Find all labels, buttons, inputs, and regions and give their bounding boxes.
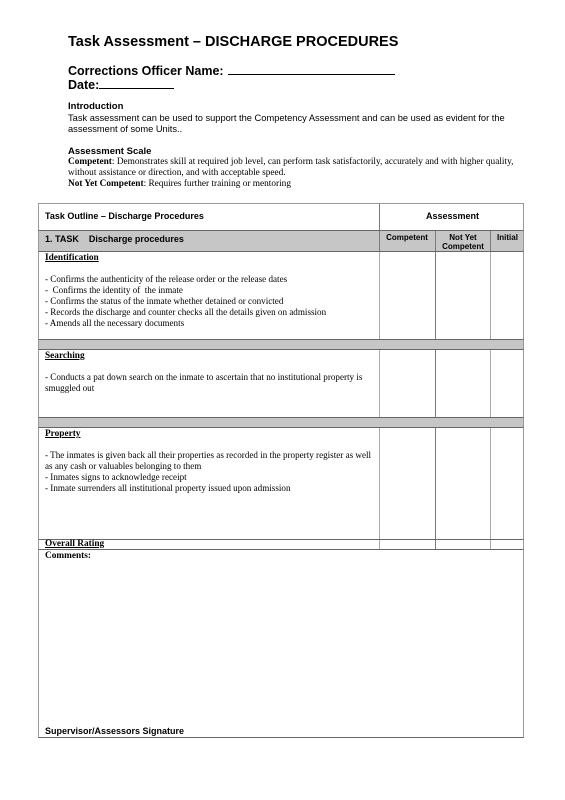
competent-definition: Competent: Demonstrates skill at require… (68, 157, 518, 179)
overall-rating-row: Overall Rating (38, 539, 524, 550)
overall-rating-label: Overall Rating (45, 539, 104, 549)
list-item: - Confirms the identity of the inmate (45, 285, 375, 296)
list-item: - Confirms the status of the inmate whet… (45, 296, 375, 307)
overall-initial-cell[interactable] (491, 540, 524, 549)
list-item: - Records the discharge and counter chec… (45, 307, 375, 318)
introduction-text: Task assessment can be used to support t… (68, 113, 508, 135)
identification-items: - Confirms the authenticity of the relea… (45, 274, 375, 329)
section-divider-band (38, 339, 524, 350)
task-label: 1. TASK Discharge procedures (45, 234, 184, 244)
date-field: Date: (68, 77, 174, 92)
list-item: - Inmate surrenders all institutional pr… (45, 483, 375, 494)
list-item: - The inmates is given back all their pr… (45, 450, 375, 472)
list-item: - Conducts a pat down search on the inma… (45, 372, 375, 394)
list-item: - Amends all the necessary documents (45, 318, 375, 329)
section-divider-band (38, 417, 524, 428)
competent-definition-text: : Demonstrates skill at required job lev… (68, 157, 513, 178)
overall-not-yet-competent-cell[interactable] (436, 540, 490, 549)
assessment-scale-text: Competent: Demonstrates skill at require… (68, 157, 518, 190)
competent-cell[interactable] (380, 252, 435, 339)
list-item: - Inmates signs to acknowledge receipt (45, 472, 375, 483)
not-yet-competent-definition: Not Yet Competent: Requires further trai… (68, 179, 518, 190)
column-divider (435, 231, 436, 251)
comments-label: Comments: (45, 551, 91, 561)
table-row-property: Property - The inmates is given back all… (38, 428, 524, 539)
column-header-competent: Competent (379, 233, 435, 242)
property-items: - The inmates is given back all their pr… (45, 450, 375, 494)
officer-name-blank[interactable] (228, 63, 395, 75)
not-yet-competent-cell[interactable] (436, 350, 490, 417)
section-title-property: Property (45, 429, 80, 439)
table-row-identification: Identification - Confirms the authentici… (38, 252, 524, 339)
introduction-heading: Introduction (68, 101, 123, 112)
officer-name-field: Corrections Officer Name: (68, 63, 395, 78)
date-blank[interactable] (99, 77, 174, 89)
not-yet-competent-cell[interactable] (436, 252, 490, 339)
task-outline-header: Task Outline – Discharge Procedures (45, 211, 204, 221)
task-header-row: 1. TASK Discharge procedures Competent N… (38, 231, 524, 252)
list-item: - Confirms the authenticity of the relea… (45, 274, 375, 285)
initial-cell[interactable] (491, 252, 524, 339)
date-label: Date: (68, 78, 99, 92)
competent-term: Competent (68, 157, 112, 167)
competent-cell[interactable] (380, 350, 435, 417)
table-header-row: Task Outline – Discharge Procedures Asse… (38, 203, 524, 231)
assessment-scale-heading: Assessment Scale (68, 146, 151, 157)
section-title-searching: Searching (45, 351, 85, 361)
signature-label: Supervisor/Assessors Signature (45, 726, 184, 736)
competent-cell[interactable] (380, 428, 435, 539)
document-title: Task Assessment – DISCHARGE PROCEDURES (68, 34, 398, 50)
searching-items: - Conducts a pat down search on the inma… (45, 372, 375, 394)
not-yet-competent-cell[interactable] (436, 428, 490, 539)
not-yet-competent-term: Not Yet Competent (68, 179, 144, 189)
initial-cell[interactable] (491, 428, 524, 539)
assessment-header: Assessment (380, 211, 525, 221)
overall-competent-cell[interactable] (380, 540, 435, 549)
comments-box[interactable]: Comments: Supervisor/Assessors Signature (38, 550, 524, 738)
column-header-initial: Initial (491, 233, 524, 242)
section-title-identification: Identification (45, 253, 99, 263)
officer-name-label: Corrections Officer Name: (68, 64, 224, 78)
not-yet-competent-definition-text: : Requires further training or mentoring (144, 179, 291, 189)
table-row-searching: Searching - Conducts a pat down search o… (38, 350, 524, 417)
initial-cell[interactable] (491, 350, 524, 417)
column-header-not-yet-competent: Not Yet Competent (437, 233, 489, 251)
